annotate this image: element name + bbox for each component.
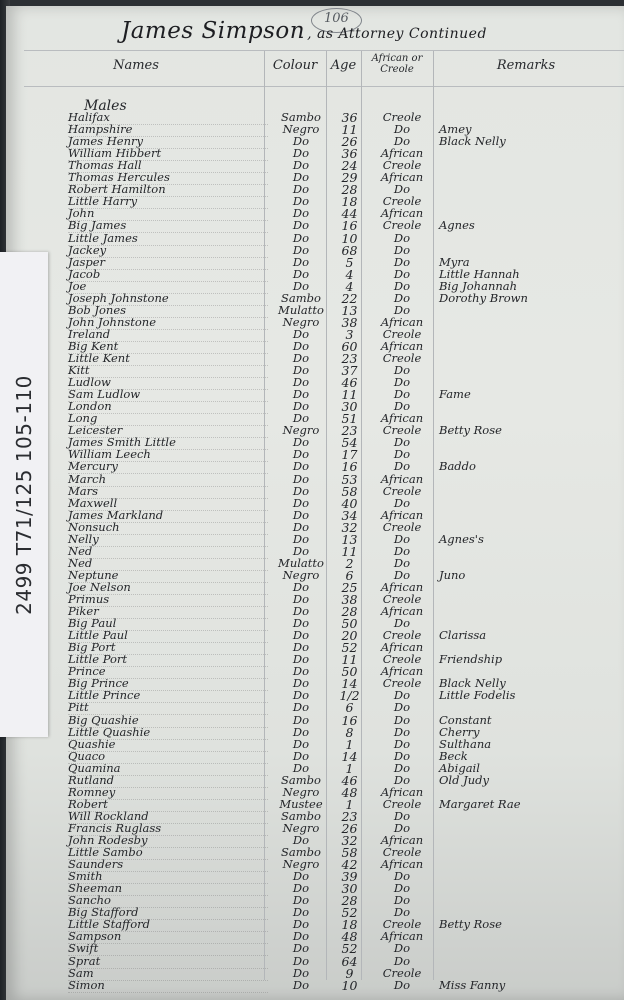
register-row: SimonDo10DoMiss Fanny <box>6 979 624 992</box>
register-row: LondonDo30Do <box>6 400 624 413</box>
entry-remark: Friendship <box>439 653 502 666</box>
ledger-title-suffix: , as Attorney Continued <box>307 26 487 42</box>
entry-remark: Betty Rose <box>439 424 502 437</box>
archive-reference-text: 2499 T71/125 105-110 <box>12 375 36 615</box>
entry-colour: Do <box>270 979 332 992</box>
column-header-remarks: Remarks <box>446 58 606 73</box>
register-row: NellyDo13DoAgnes's <box>6 533 624 546</box>
entry-origin: Do <box>370 979 434 992</box>
register-row: Little PrinceDo1/2DoLittle Fodelis <box>6 689 624 702</box>
register-row: JacobDo4DoLittle Hannah <box>6 268 624 281</box>
column-header-origin: African or Creole <box>361 53 433 75</box>
entry-remark: Agnes <box>439 219 475 232</box>
entry-remark: Clarissa <box>439 629 486 642</box>
entry-remark: Little Fodelis <box>439 689 515 702</box>
ledger-title: James Simpson, as Attorney Continued <box>121 18 487 44</box>
column-header-age: Age <box>326 58 361 73</box>
register-row: Little HarryDo18Creole <box>6 195 624 208</box>
entry-remark: Miss Fanny <box>439 979 505 992</box>
ledger-title-name: James Simpson <box>121 18 305 44</box>
register-row: SpratDo64Do <box>6 955 624 968</box>
entry-remark: Betty Rose <box>439 918 502 931</box>
entry-remark: Old Judy <box>439 774 489 787</box>
entry-remark: Agnes's <box>439 533 484 546</box>
entry-age: 10 <box>332 979 367 992</box>
entry-remark: Baddo <box>439 460 476 473</box>
header-bottom-rule <box>24 86 624 87</box>
entry-name: Simon <box>68 979 268 993</box>
archive-reference-tag: 2499 T71/125 105-110 <box>0 252 48 737</box>
header-top-rule <box>24 50 624 51</box>
column-header-names: Names <box>76 58 196 73</box>
entry-remark: Black Nelly <box>439 135 506 148</box>
ledger-page: 106 James Simpson, as Attorney Continued… <box>6 6 624 1000</box>
register-row: Little KentDo23Creole <box>6 352 624 365</box>
entry-remark: Margaret Rae <box>439 798 521 811</box>
register-row: MarchDo53African <box>6 473 624 486</box>
entry-remark: Fame <box>439 388 471 401</box>
entry-remark: Dorothy Brown <box>439 292 528 305</box>
register-row: SampsonDo48African <box>6 930 624 943</box>
entry-remark: Juno <box>439 569 465 582</box>
column-header-colour: Colour <box>264 58 326 73</box>
